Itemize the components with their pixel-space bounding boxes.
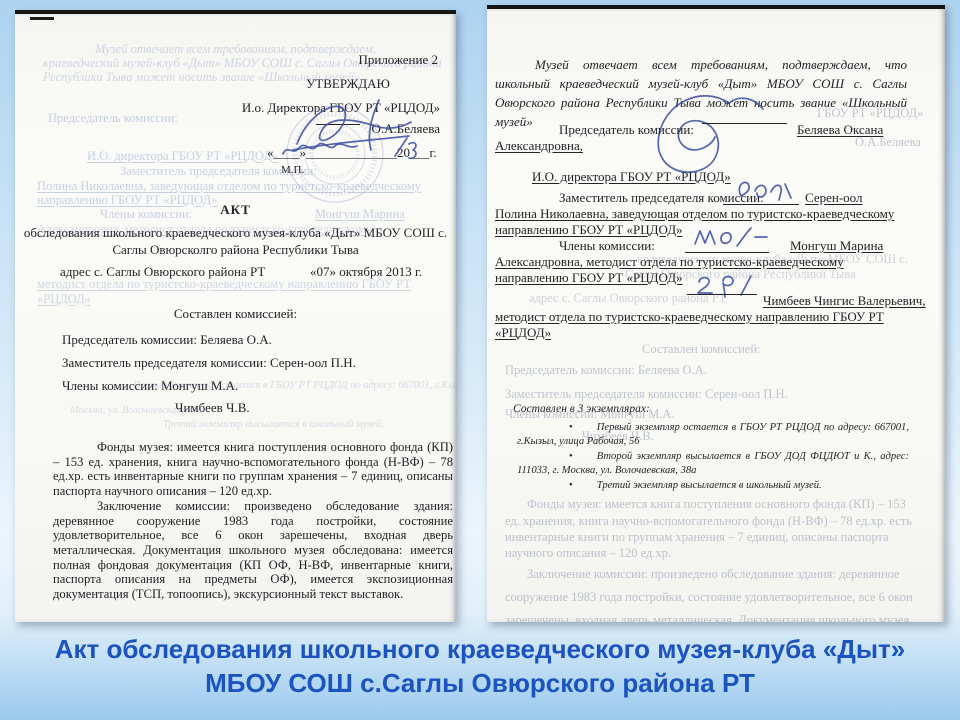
act-subject-line2: Саглы Овюрсколго района Республики Тыва	[15, 242, 456, 258]
copies-heading: Составлен в 3 экземплярах:	[513, 403, 650, 415]
deputy-desc-line1: Полина Николаевна, заведующая отделом по…	[495, 206, 894, 222]
commission-chairman: Председатель комиссии: Беляева О.А.	[62, 332, 272, 348]
commission-member2: Чимбеев Ч.В.	[175, 400, 250, 416]
ghost-text-line: Заместитель председателя комиссии: Серен…	[505, 387, 788, 402]
ghost-text-line: Фонды музея: имеется книга поступления о…	[527, 497, 906, 512]
body-paragraphs: Фонды музея: имеется книга поступления о…	[53, 440, 453, 602]
act-date: «07» октября 2013 г.	[310, 264, 422, 280]
member1-desc-line1: Александровна, методист отдела по турист…	[495, 254, 844, 270]
ghost-text-line: Музей отвечает всем требованиям, подтвер…	[95, 42, 376, 57]
deputy-name: Серен-оол	[805, 190, 862, 206]
scanned-page-left: Музей отвечает всем требованиям, подтвер…	[15, 10, 456, 622]
ghost-text-line: научного описания – 120 ед.хр.	[505, 546, 671, 561]
act-title: АКТ	[15, 202, 456, 218]
signature-line	[687, 280, 757, 295]
bullet-icon: •	[569, 422, 597, 433]
list-item: •Третий экземпляр высылается в школьный …	[517, 479, 909, 493]
bullet-icon: •	[569, 480, 597, 491]
commission-members: Члены комиссии: Монгуш М.А.	[62, 378, 238, 394]
conclusion-paragraph: Заключение комиссии: произведено обследо…	[53, 499, 453, 602]
member2-desc-line1: методист отдела по туристско-краеведческ…	[495, 309, 884, 325]
bullet-icon: •	[569, 451, 597, 462]
members-label: Члены комиссии:	[559, 238, 655, 254]
approve-label: УТВЕРЖДАЮ	[260, 76, 436, 92]
address-line: адрес с. Саглы Овюрского района РТ	[60, 264, 265, 280]
signature-line	[702, 109, 787, 124]
commission-deputy: Заместитель председателя комиссии: Серен…	[62, 355, 356, 371]
deputy-desc-line2: направлению ГБОУ РТ «РЦДОД»	[495, 222, 683, 238]
slide-caption: Акт обследования школьного краеведческог…	[35, 632, 925, 700]
ghost-text-line: Составлен комиссией:	[642, 342, 761, 357]
chairman-name-line1: Беляева Оксана	[797, 122, 883, 138]
scan-mark	[30, 17, 54, 20]
act-subject-line1: обследования школьного краеведческого му…	[15, 225, 456, 241]
member1-name: Монгуш Марина	[790, 238, 883, 254]
list-item: •Первый экземпляр остается в ГБОУ РТ РЦД…	[517, 421, 909, 448]
handwritten-date	[277, 132, 429, 162]
ghost-text-line: И.О. директора ГБОУ РТ «РЦДОД»	[87, 149, 278, 164]
ghost-text-line: Председатель комиссии: Беляева О.А.	[505, 363, 707, 378]
funds-paragraph: Фонды музея: имеется книга поступления о…	[53, 440, 453, 499]
ghost-text-line: «РЦДОД»	[37, 292, 91, 307]
scanned-page-right: ГБОУ РТ «РЦДОД» О.А.Беляева краеведческо…	[487, 5, 945, 622]
chairman-title: И.О. директора ГБОУ РТ «РЦДОД»	[532, 169, 731, 185]
copies-list: •Первый экземпляр остается в ГБОУ РТ РЦД…	[517, 421, 909, 495]
ghost-text-line: Заключение комиссии: произведено обследо…	[527, 567, 900, 582]
ghost-text-line: Председатель комиссии:	[48, 111, 178, 126]
ghost-text-line: ед. хранения, книга научно-вспомогательн…	[505, 514, 912, 529]
list-item: •Второй экземпляр высылается в ГБОУ ДОД …	[517, 450, 909, 477]
member2-desc-line2: «РЦДОД»	[495, 325, 551, 341]
ghost-text-line: сооружение 1983 года постройки, состояни…	[505, 590, 913, 605]
member1-desc-line2: направлению ГБОУ РТ «РЦДОД»	[495, 270, 683, 286]
signature-line	[685, 238, 769, 253]
appendix-label: Приложение 2	[358, 52, 438, 68]
seal-place-label: М.П.	[281, 164, 304, 176]
chairman-label: Председатель комиссии:	[559, 122, 694, 138]
member2-name: Чимбеев Чингис Валерьевич,	[763, 293, 926, 309]
ghost-text-line: инвентарные книги по группам хранения – …	[505, 530, 889, 545]
commission-heading: Составлен комиссией:	[15, 306, 456, 322]
signature-line	[723, 190, 799, 205]
ghost-text-line: зарешечены, входная дверь металлическая.…	[505, 613, 909, 622]
copy-text: Третий экземпляр высылается в школьный м…	[597, 480, 822, 491]
slide: { "slide": { "caption": "Акт обследовани…	[0, 0, 960, 720]
ghost-text-line: Третий экземпляр высылается в школьный м…	[163, 419, 384, 430]
chairman-name-line2: Александровна,	[495, 138, 583, 154]
